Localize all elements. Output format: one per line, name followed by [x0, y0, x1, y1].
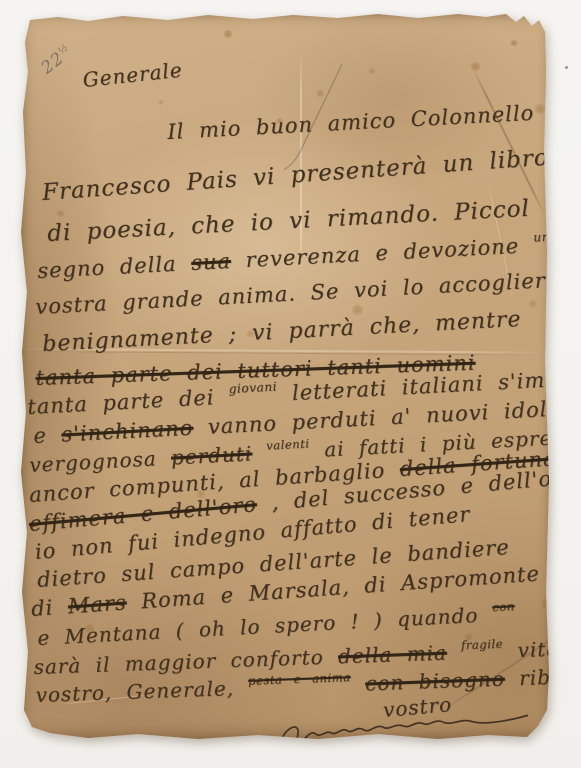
inserted-word: un: [533, 230, 550, 245]
handwritten-word: vergognosa: [29, 446, 172, 477]
paper-shadow-wrap: 22½ GeneraleIl mio buon amico Colonnello…: [0, 0, 581, 768]
pencil-note: 22½: [37, 42, 76, 79]
handwritten-word: [252, 441, 268, 466]
handwritten-word: vostro, Generale,: [35, 676, 249, 707]
handwritten-word: di: [30, 594, 68, 621]
foxing-stain: [534, 104, 546, 114]
handwritten-word: Generale: [81, 58, 183, 92]
foxing-stain: [528, 300, 538, 308]
foxing-stain: [541, 598, 555, 609]
foxing-stain: [368, 68, 376, 74]
handwritten-word: ribelle: [504, 664, 581, 691]
handwritten-word: [447, 640, 462, 664]
handwritten-word: vita e: [503, 635, 581, 662]
photo-stage: 22½ GeneraleIl mio buon amico Colonnello…: [0, 0, 581, 768]
struck-word: perduti: [170, 441, 252, 469]
handwritten-word: [350, 672, 365, 696]
inserted-word: valenti: [266, 436, 310, 452]
struck-word: pesta e anima: [248, 670, 351, 688]
handwritten-word: segno della: [37, 251, 192, 283]
foxing-stain: [470, 62, 481, 71]
foxing-stain: [510, 40, 518, 46]
foxing-stain: [56, 210, 65, 217]
foxing-stain: [223, 30, 233, 38]
foxing-stain: [351, 305, 364, 315]
inserted-word: fragile: [461, 637, 503, 652]
letter-line: Generale: [81, 58, 183, 92]
struck-word: con: [492, 599, 515, 614]
struck-word: con bisogno: [365, 667, 505, 696]
handwritten-word: reverenza e devozione: [230, 233, 534, 273]
handwritten-word: tanta parte dei: [27, 384, 230, 419]
struck-word: della mia: [338, 641, 448, 669]
foxing-stain: [158, 100, 164, 105]
struck-word: sua: [191, 249, 232, 275]
struck-word: s'inchinano: [61, 416, 194, 447]
letter-paper: 22½ GeneraleIl mio buon amico Colonnello…: [18, 12, 552, 743]
handwritten-word: e: [33, 423, 62, 448]
struck-word: Mars: [67, 590, 127, 618]
handwritten-word: alla: [550, 229, 581, 256]
paper-crease: [472, 67, 546, 216]
inserted-word: giovani: [228, 380, 277, 397]
